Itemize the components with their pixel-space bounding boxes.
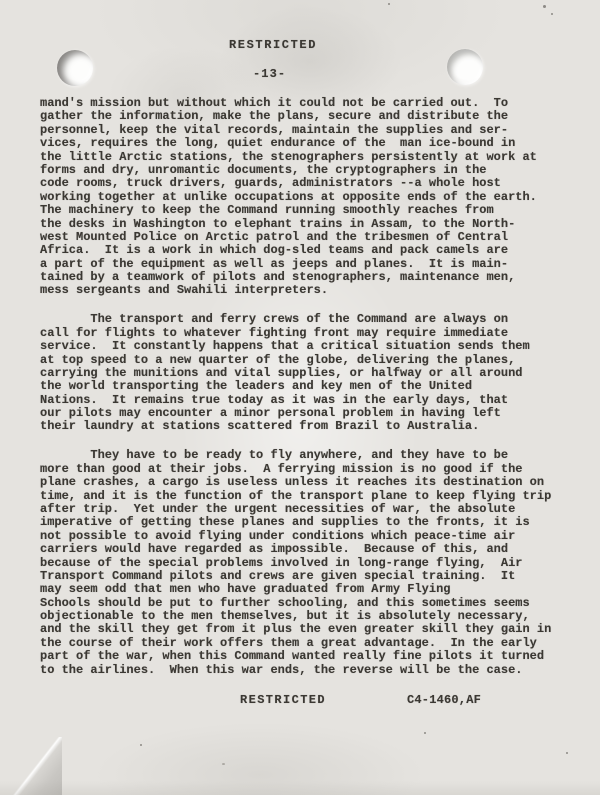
text-line: after trip. Yet under the urgent necessi…: [40, 503, 564, 516]
text-line: mand's mission but without which it coul…: [40, 97, 564, 110]
text-line: because of the special problems involved…: [40, 557, 564, 570]
page-bottom-shade: [0, 781, 600, 795]
text-line: Transport Command pilots and crews are g…: [40, 570, 564, 583]
page-number: -13-: [253, 67, 286, 81]
text-line: objectionable to the men themselves, but…: [40, 610, 564, 623]
text-line: mess sergeants and Swahili interpreters.: [40, 284, 564, 297]
text-line: plane crashes, a cargo is useless unless…: [40, 476, 564, 489]
text-line: the course of their work offers them a g…: [40, 637, 564, 650]
text-line: at top speed to a new quarter of the glo…: [40, 354, 564, 367]
text-line: gather the information, make the plans, …: [40, 110, 564, 123]
paragraph: They have to be ready to fly anywhere, a…: [40, 449, 564, 677]
text-line: the world transporting the leaders and k…: [40, 380, 564, 393]
paper-speck: [543, 5, 546, 8]
text-line: The transport and ferry crews of the Com…: [40, 313, 564, 326]
text-line: service. It constantly happens that a cr…: [40, 340, 564, 353]
doc-number: C4-1460,AF: [407, 693, 481, 707]
punch-hole-left: [57, 50, 93, 86]
text-line: personnel, keep the vital records, maint…: [40, 124, 564, 137]
text-line: They have to be ready to fly anywhere, a…: [40, 449, 564, 462]
text-line: the desks in Washington to elephant trai…: [40, 218, 564, 231]
paper-speck: [388, 3, 390, 5]
paragraph: mand's mission but without which it coul…: [40, 97, 564, 298]
text-line: may seem odd that men who have graduated…: [40, 583, 564, 596]
text-line: working together at unlike occupations a…: [40, 191, 564, 204]
text-line: a part of the equipment as well as jeeps…: [40, 258, 564, 271]
text-line: and the skill they get from it plus the …: [40, 623, 564, 636]
text-line: the little Arctic stations, the stenogra…: [40, 151, 564, 164]
text-line: forms and dry, unromantic documents, the…: [40, 164, 564, 177]
text-line: to the airlines. When this war ends, the…: [40, 664, 564, 677]
text-line: carriers would have regarded as impossib…: [40, 543, 564, 556]
punch-hole-right: [447, 49, 483, 85]
text-line: tained by a teamwork of pilots and steno…: [40, 271, 564, 284]
text-line: west Mounted Police on Arctic patrol and…: [40, 231, 564, 244]
text-line: Africa. It is a work in which dog-sled t…: [40, 244, 564, 257]
header-classification: RESTRICTED: [229, 38, 317, 52]
text-line: not possible to avoid flying under condi…: [40, 530, 564, 543]
paragraph: The transport and ferry crews of the Com…: [40, 313, 564, 434]
scanned-document-page: RESTRICTED -13- mand's mission but witho…: [0, 0, 600, 795]
text-line: vices, requires the long, quiet enduranc…: [40, 137, 564, 150]
text-line: carrying the munitions and vital supplie…: [40, 367, 564, 380]
text-line: their laundry at stations scattered from…: [40, 420, 564, 433]
paper-speck: [566, 752, 568, 754]
paper-speck: [551, 13, 553, 15]
text-line: The machinery to keep the Command runnin…: [40, 204, 564, 217]
paper-speck: [222, 763, 225, 765]
text-line: Nations. It remains true today as it was…: [40, 394, 564, 407]
footer-classification: RESTRICTED: [240, 693, 326, 707]
text-line: call for flights to whatever fighting fr…: [40, 327, 564, 340]
text-line: time, and it is the function of the tran…: [40, 490, 564, 503]
text-line: more than good at their jobs. A ferrying…: [40, 463, 564, 476]
text-line: part of the war, when this Command wante…: [40, 650, 564, 663]
paper-speck: [140, 744, 142, 746]
text-line: our pilots may encounter a minor persona…: [40, 407, 564, 420]
body-text: mand's mission but without which it coul…: [40, 97, 564, 677]
paper-speck: [424, 732, 426, 734]
text-line: code rooms, truck drivers, guards, admin…: [40, 177, 564, 190]
text-line: Schools should be put to further schooli…: [40, 597, 564, 610]
text-line: imperative of getting these planes and s…: [40, 516, 564, 529]
